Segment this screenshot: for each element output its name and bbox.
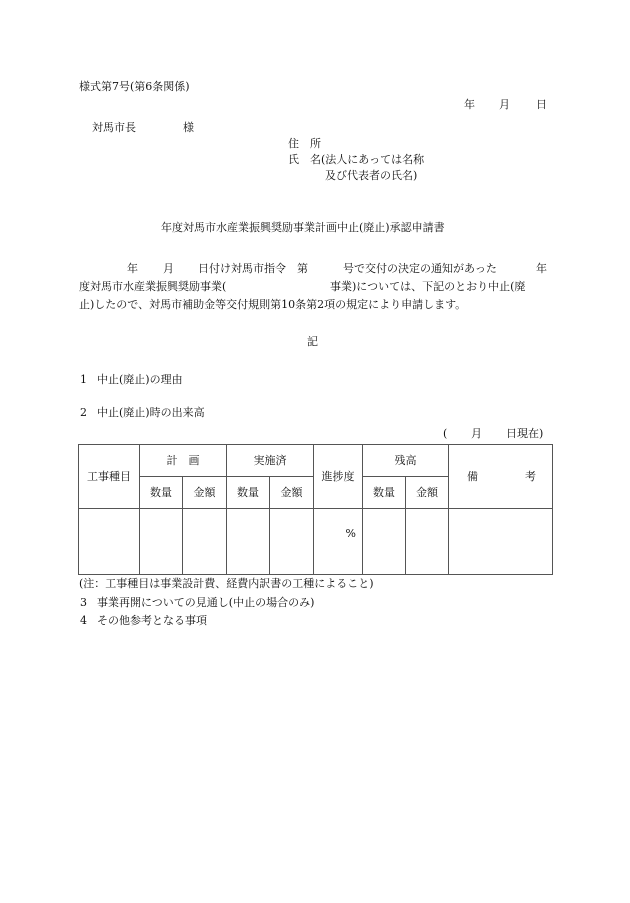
item-4-label: その他参考となる事項 — [97, 614, 207, 628]
applicant-name-label-cont: 及び代表者の氏名) — [325, 169, 417, 183]
cell-plan-amount[interactable] — [183, 509, 227, 575]
header-progress: 進捗度 — [314, 445, 363, 509]
cell-remarks[interactable] — [449, 509, 553, 575]
body-month: 月 — [163, 262, 174, 276]
as-of-month: 月 — [471, 427, 482, 441]
body-year: 年 — [127, 262, 138, 276]
item-3-label: 事業再開についての見通し(中止の場合のみ) — [97, 596, 314, 610]
cell-remain-amount[interactable] — [406, 509, 449, 575]
body-line3: 止)したので、対馬市補助金等交付規則第10条第2項の規定により申請します。 — [79, 298, 466, 312]
body-line2-right: 事業)については、下記のとおり中止(廃 — [330, 280, 525, 294]
cell-done-amount[interactable] — [270, 509, 314, 575]
item-4-num: 4 — [80, 614, 87, 628]
addressee-honorific: 様 — [183, 121, 194, 135]
date-year: 年 — [464, 98, 475, 112]
ki-heading: 記 — [307, 335, 318, 349]
table-row: % — [79, 509, 553, 575]
percent-unit: % — [346, 527, 356, 540]
cell-item[interactable] — [79, 509, 140, 575]
body-year2: 年 — [536, 262, 547, 276]
date-day: 日 — [536, 98, 547, 112]
applicant-name-label: 氏 名(法人にあっては名称 — [288, 153, 424, 167]
header-plan: 計 画 — [140, 445, 227, 477]
item-2-label: 中止(廃止)時の出来高 — [97, 406, 205, 420]
header-item: 工事種目 — [79, 445, 140, 509]
item-3-num: 3 — [80, 596, 87, 610]
cell-done-qty[interactable] — [227, 509, 270, 575]
applicant-address-label: 住 所 — [288, 137, 321, 151]
item-1-label: 中止(廃止)の理由 — [97, 373, 183, 387]
header-plan-qty: 数量 — [140, 477, 183, 509]
header-plan-amount: 金額 — [183, 477, 227, 509]
header-done-qty: 数量 — [227, 477, 270, 509]
header-remarks: 備 考 — [449, 445, 553, 509]
document-title: 年度対馬市水産業振興奨励事業計画中止(廃止)承認申請書 — [161, 221, 445, 235]
body-day-text: 日付け対馬市指令 第 — [198, 262, 308, 276]
header-remain: 残高 — [363, 445, 449, 477]
cell-plan-qty[interactable] — [140, 509, 183, 575]
progress-table: 工事種目 計 画 実施済 進捗度 残高 備 考 数量 金額 数量 金額 数量 金… — [78, 444, 553, 575]
header-remarks-b: 考 — [525, 470, 536, 484]
cell-remain-qty[interactable] — [363, 509, 406, 575]
header-remain-qty: 数量 — [363, 477, 406, 509]
date-month: 月 — [499, 98, 510, 112]
body-line2-left: 度対馬市水産業振興奨励事業( — [79, 280, 226, 294]
body-number-text: 号で交付の決定の通知があった — [343, 262, 497, 276]
header-remain-amount: 金額 — [406, 477, 449, 509]
item-2-num: 2 — [80, 406, 87, 420]
addressee-name: 対馬市長 — [92, 121, 136, 135]
as-of-open: ( — [443, 427, 447, 441]
as-of-day: 日現在) — [506, 427, 543, 441]
form-number: 様式第7号(第6条関係) — [79, 80, 190, 94]
header-done: 実施済 — [227, 445, 314, 477]
cell-progress[interactable]: % — [314, 509, 363, 575]
table-note: (注：工事種目は事業設計費、経費内訳書の工種によること) — [79, 577, 374, 591]
header-done-amount: 金額 — [270, 477, 314, 509]
item-1-num: 1 — [80, 373, 87, 387]
header-remarks-a: 備 — [467, 470, 478, 484]
